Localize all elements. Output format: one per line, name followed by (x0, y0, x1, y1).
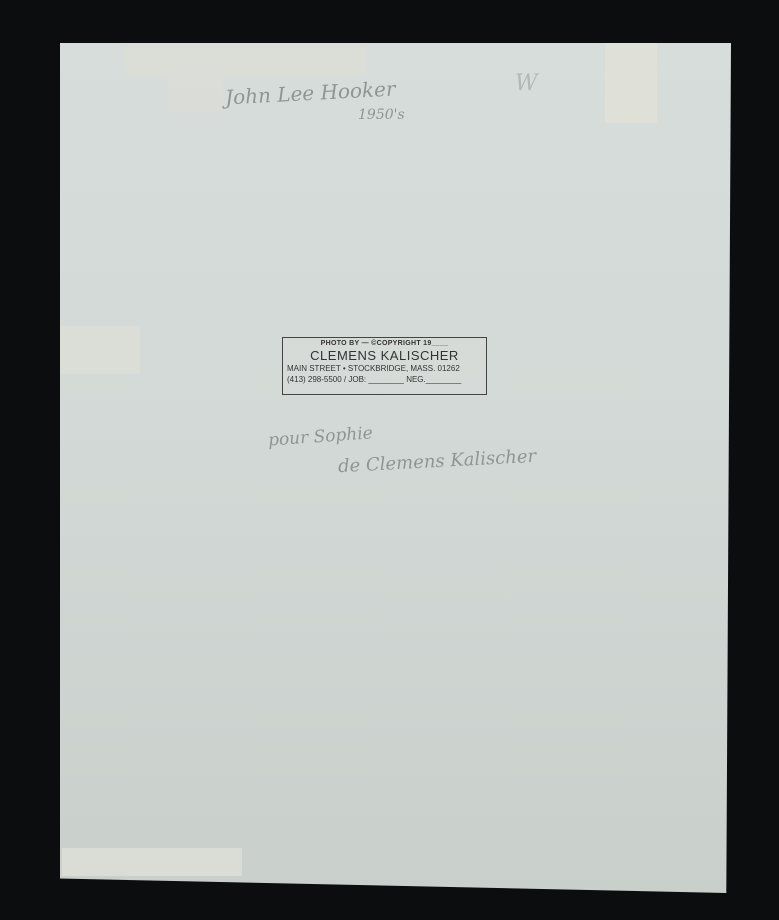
stamp-name: CLEMENS KALISCHER (287, 348, 482, 363)
tape-residue (168, 73, 223, 113)
tape-residue (126, 45, 366, 75)
photo-back-paper: John Lee Hooker 1950's W PHOTO BY — ©COP… (60, 43, 731, 893)
tape-residue (60, 326, 140, 374)
stamp-copyright-line: PHOTO BY — ©COPYRIGHT 19____ (287, 340, 482, 347)
dedication-line-1: pour Sophie (267, 423, 373, 450)
tape-residue (62, 848, 242, 876)
handwritten-title: John Lee Hooker (224, 77, 396, 110)
corner-mark: W (515, 71, 538, 96)
photographer-stamp: PHOTO BY — ©COPYRIGHT 19____ CLEMENS KAL… (282, 337, 487, 395)
stamp-address: MAIN STREET • STOCKBRIDGE, MASS. 01262 (287, 364, 482, 373)
tape-piece (605, 43, 657, 123)
handwritten-year: 1950's (358, 107, 405, 123)
stamp-phone-line: (413) 298-5500 / JOB: ________ NEG._____… (287, 375, 482, 384)
dedication-line-2: de Clemens Kalischer (338, 446, 537, 477)
